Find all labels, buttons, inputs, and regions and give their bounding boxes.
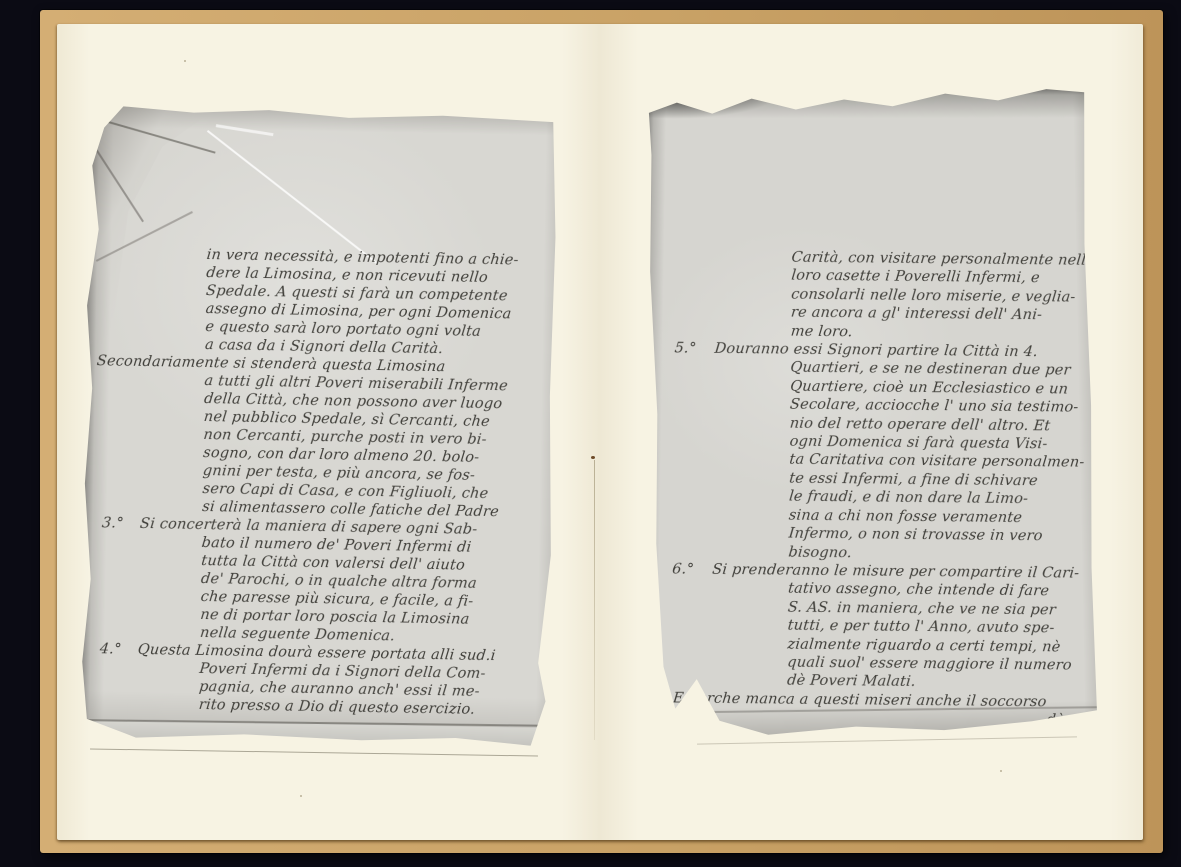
line-text: zialmente riguardo a certi tempi, nè bbox=[787, 636, 1062, 655]
line-text: dè Poveri Malati. bbox=[786, 673, 916, 690]
left-manuscript-text: in vera necessità, e impotenti fino a ch… bbox=[80, 244, 554, 720]
line-number-marker: 3.° bbox=[101, 514, 141, 533]
line-number-marker: 5.° bbox=[674, 339, 716, 358]
open-book-pages: in vera necessità, e impotenti fino a ch… bbox=[57, 24, 1143, 840]
line-text: Carità, con visitare personalmente nelle bbox=[791, 250, 1096, 269]
scratch-mark bbox=[207, 130, 378, 264]
line-text: loro casette i Poverelli Infermi, e bbox=[791, 268, 1041, 287]
line-text: me loro. bbox=[790, 323, 854, 340]
line-number-marker: 4.° bbox=[99, 640, 139, 659]
sheet-edge-line bbox=[697, 736, 1077, 744]
line-text: tativo assegno, che intende di fare bbox=[787, 581, 1050, 600]
line-number-marker: ° bbox=[648, 689, 674, 708]
line-text: ogni Domenica si farà questa Visi- bbox=[789, 434, 1048, 453]
photo-backdrop: in vera necessità, e impotenti fino a ch… bbox=[0, 0, 1181, 867]
line-text: Quartieri, e se ne destineran due per bbox=[790, 360, 1072, 379]
line-text: tutti, e per tutto l' Anno, avuto spe- bbox=[787, 618, 1055, 637]
left-manuscript-photo: in vera necessità, e impotenti fino a ch… bbox=[79, 102, 560, 746]
right-manuscript-text: Carità, con visitare personalmente nelle… bbox=[646, 247, 1085, 730]
line-text: bisogno. bbox=[788, 544, 853, 561]
line-number-marker: 6.° bbox=[671, 560, 713, 579]
line-text: re ancora a gl' interessi dell' Ani- bbox=[790, 305, 1043, 324]
right-manuscript-photo: Carità, con visitare personalmente nelle… bbox=[646, 82, 1098, 738]
line-text: Secolare, acciocche l' uno sia testimo- bbox=[789, 397, 1079, 416]
line-text: ta Caritativa con visitare personalmen- bbox=[789, 452, 1086, 471]
line-text: quali suol' essere maggiore il numero bbox=[787, 654, 1073, 673]
line-text: le fraudi, e di non dare la Limo- bbox=[788, 489, 1029, 507]
line-text: sina a chi non fosse veramente bbox=[788, 507, 1023, 525]
line-text: Douranno essi Signori partire la Città i… bbox=[714, 341, 1039, 360]
line-text: Infermo, o non si trovasse in vero bbox=[788, 526, 1043, 545]
paper-speck bbox=[184, 60, 186, 62]
sheet-edge-line bbox=[90, 748, 538, 756]
line-text: Quartiere, cioè un Ecclesiastico e un bbox=[789, 378, 1069, 397]
paper-speck bbox=[1000, 770, 1002, 772]
line-text: nella seguente Domenica. bbox=[199, 625, 396, 644]
line-text: rito presso a Dio di questo esercizio. bbox=[198, 697, 476, 718]
line-text: te essi Infermi, a fine di schivare bbox=[788, 470, 1038, 489]
gutter-speck bbox=[591, 456, 595, 459]
gutter-fold-line bbox=[594, 460, 595, 740]
line-text: dè bbox=[1046, 712, 1066, 728]
line-text: consolarli nelle loro miserie, e veglia- bbox=[790, 286, 1076, 305]
manuscript-line: dè bbox=[646, 707, 1082, 730]
paper-speck bbox=[300, 795, 302, 797]
line-text: nio del retto operare dell' altro. Et bbox=[789, 415, 1051, 434]
line-text: S. AS. in maniera, che ve ne sia per bbox=[787, 599, 1057, 618]
scratch-mark bbox=[216, 124, 274, 136]
